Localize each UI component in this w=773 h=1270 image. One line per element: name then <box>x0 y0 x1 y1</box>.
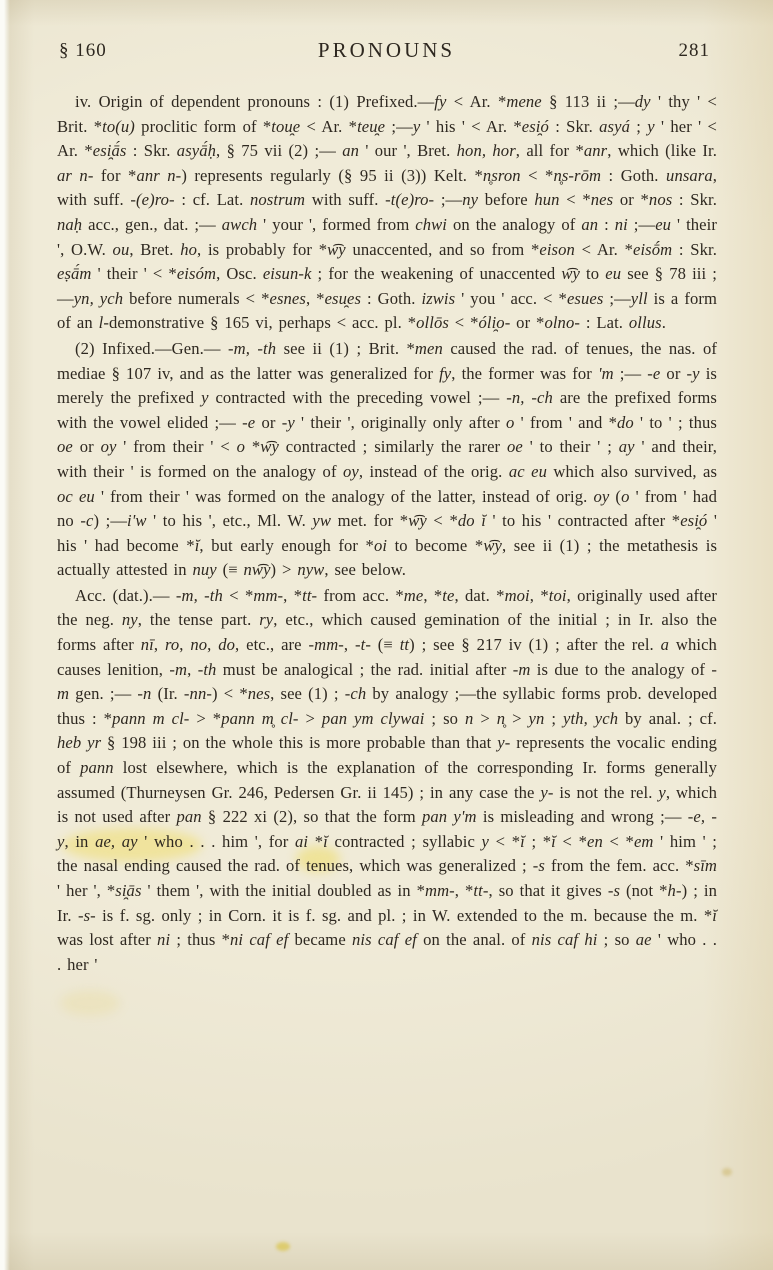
page-header: § 160 PRONOUNS 281 <box>57 36 716 66</box>
yellow-speck <box>722 1168 732 1176</box>
page-number: 281 <box>679 40 711 62</box>
paragraph: Acc. (dat.).— -m, -th < *mm-, *tt- from … <box>57 584 717 978</box>
paragraph: iv. Origin of dependent pronouns : (1) P… <box>57 90 717 336</box>
paragraph: (2) Infixed.—Gen.— -m, -th see ii (1) ; … <box>57 337 717 583</box>
yellow-stain <box>60 990 120 1016</box>
page-title: PRONOUNS <box>57 38 716 63</box>
book-page: § 160 PRONOUNS 281 iv. Origin of depende… <box>0 0 773 1270</box>
yellow-speck <box>276 1242 290 1251</box>
text-block: iv. Origin of dependent pronouns : (1) P… <box>57 90 717 977</box>
